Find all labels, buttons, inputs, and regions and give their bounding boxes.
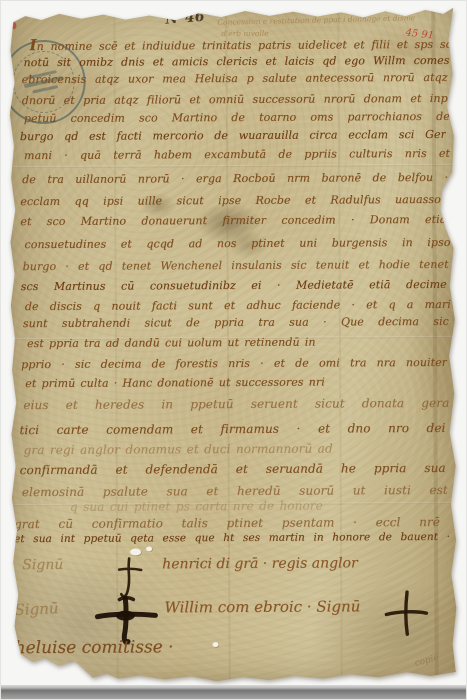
inventory-number: N°46	[165, 9, 205, 28]
red-ink-speck	[11, 22, 16, 29]
charter-line: et sua int ppetuū qeta esse que ht ses m…	[14, 530, 450, 548]
manuscript-photo: N°46 Concession e restitution de ppat i …	[0, 0, 467, 700]
charter-line: burgo qd est facti mercorio de wuarauill…	[20, 128, 446, 146]
charter-line: de discis q nouit facti sunt et adhuc fa…	[25, 298, 451, 316]
parchment-hole	[146, 546, 152, 551]
charter-line: est ppria tra ad dandū cui uolum ut reti…	[27, 335, 453, 353]
charter-line: In nomine scē et indiuidue trinitatis pa…	[29, 36, 455, 54]
copy-note: copié	[414, 653, 440, 669]
parchment-hole	[213, 642, 219, 647]
charter-line: scs Martinus cū consuetudinibz ei · Medi…	[21, 278, 447, 296]
charter-line: gra regi anglor donamus et duci normanno…	[24, 441, 450, 459]
charter-line: dnorū et pria atqz filiorū et omniū succ…	[22, 92, 448, 110]
signature-countess-text: heluise comitisse ·	[15, 637, 174, 658]
charter-line: notū sit omibz dnis et amicis clericis e…	[23, 54, 449, 72]
charter-line: ecclam qq ipsi uille sicut ipse Rocbe et…	[20, 193, 446, 211]
witness-signature-cross-icon	[382, 587, 431, 638]
charter-line: et primū culta · Hanc donationē ut succe…	[25, 375, 451, 393]
charter-line: de tra uillanorū nrorū · erga Rocboū nrm…	[22, 171, 448, 189]
charter-line: eius et heredes in ppetuū seruent sicut …	[23, 396, 449, 414]
parchment-shadow: N°46 Concession e restitution de ppat i …	[9, 5, 460, 681]
charter-line: q sua cui ptinet ps carta nre de honore	[70, 498, 380, 516]
archivist-inscription-line1: Concession e restitution de ppat i donna…	[217, 13, 415, 26]
charter-line: pprio · sic decima de forestis nris · et…	[21, 356, 447, 374]
signature-william-text: Willim com ebroic · Signū	[164, 597, 360, 616]
signature-king-text: henrici di grā · regis anglor	[162, 555, 358, 572]
signum-label-king: Signū	[22, 557, 63, 573]
scan-table-edge	[1, 685, 467, 699]
charter-line: sunt subtrahendi sicut de ppria tra sua …	[23, 315, 449, 333]
charter-line: et sco Martino donauerunt firmiter conce…	[20, 213, 446, 231]
charter-line: petuū concedim sco Martino de toarno oms…	[24, 110, 450, 128]
charter-line: tici carte comendam et firmamus · et dno…	[19, 421, 445, 439]
charter-line: consuetudines et qcqd ad nos ptinet uni …	[24, 236, 450, 254]
charter-line: ebroicensis atqz uxor mea Heluisa p salu…	[22, 71, 448, 89]
parchment-hole	[130, 548, 141, 555]
parchment-charter: N°46 Concession e restitution de ppat i …	[7, 4, 462, 682]
charter-line: burgo · et qd tenet Wenchenel insulanis …	[23, 258, 449, 276]
charter-line: confirmandā et defendendā et seruandā he…	[20, 461, 446, 479]
signum-label-william: Signū	[14, 599, 59, 619]
charter-line: mani · quā terrā habem excambutā de ppri…	[24, 147, 450, 165]
